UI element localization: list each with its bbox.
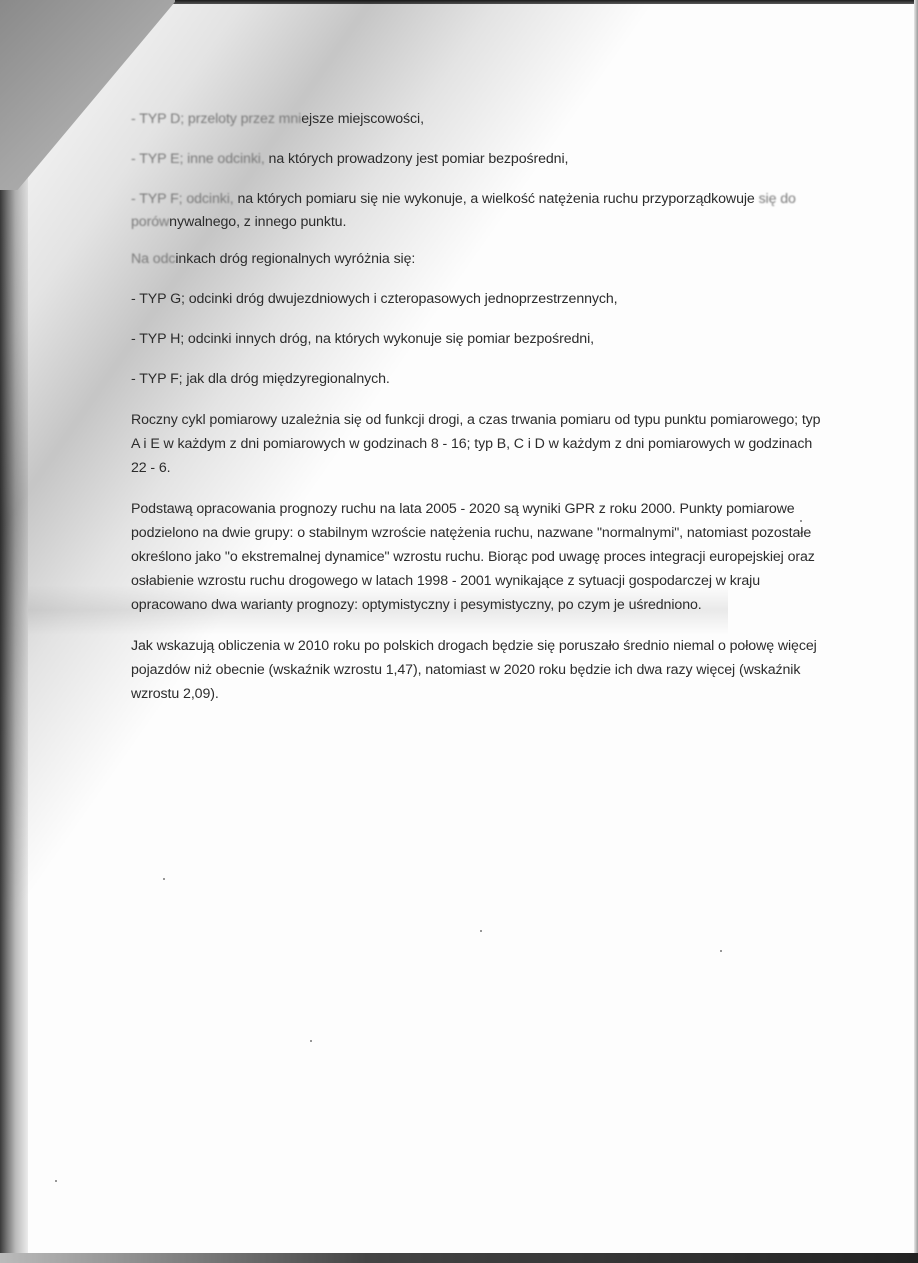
list-item-type-h: - TYP H; odcinki innych dróg, na których… bbox=[131, 328, 831, 351]
regional-roads-intro: Na odcinkach dróg regionalnych wyróżnia … bbox=[131, 248, 831, 271]
scanned-page: - TYP D; przeloty przez mniejsze miejsco… bbox=[0, 0, 918, 1263]
paragraph-forecast-basis: Podstawą opracowania prognozy ruchu na l… bbox=[131, 497, 831, 617]
scan-speck bbox=[310, 1040, 312, 1042]
regional-type-list: - TYP G; odcinki dróg dwujezdniowych i c… bbox=[131, 288, 831, 391]
interregional-type-list: - TYP D; przeloty przez mniejsze miejsco… bbox=[131, 108, 831, 234]
document-body: - TYP D; przeloty przez mniejsze miejsco… bbox=[131, 108, 831, 723]
list-item-type-f: - TYP F; odcinki, na których pomiaru się… bbox=[131, 188, 831, 234]
scan-speck bbox=[163, 878, 165, 880]
paragraph-forecast-results: Jak wskazują obliczenia w 2010 roku po p… bbox=[131, 634, 831, 706]
scanner-edge-right bbox=[914, 0, 918, 1263]
list-item-type-d: - TYP D; przeloty przez mniejsze miejsco… bbox=[131, 108, 831, 131]
list-item-type-g: - TYP G; odcinki dróg dwujezdniowych i c… bbox=[131, 288, 831, 311]
scan-speck bbox=[720, 950, 722, 952]
list-item-type-e: - TYP E; inne odcinki, na których prowad… bbox=[131, 148, 831, 171]
scan-speck bbox=[55, 1180, 57, 1182]
paragraph-measurement-cycle: Roczny cykl pomiarowy uzależnia się od f… bbox=[131, 408, 831, 480]
list-item-type-f-regional: - TYP F; jak dla dróg międzyregionalnych… bbox=[131, 368, 831, 391]
scanner-edge-bottom bbox=[0, 1253, 918, 1263]
scan-speck bbox=[480, 930, 482, 932]
scan-speck bbox=[800, 520, 802, 522]
